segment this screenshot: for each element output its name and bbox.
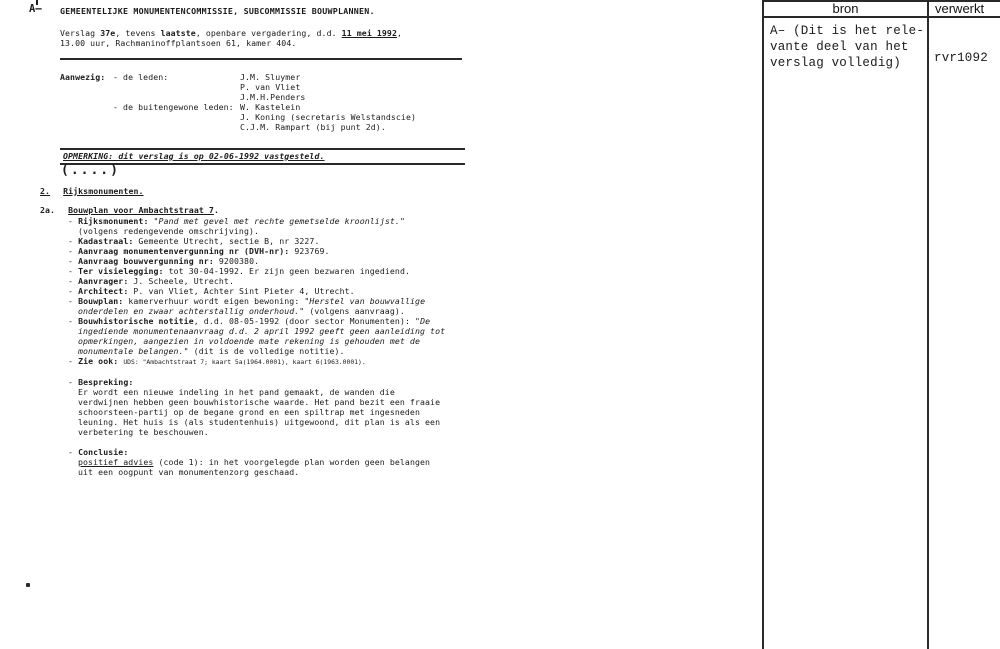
detail-item: - Rijksmonument: "Pand met gevel met rec… [68, 216, 448, 236]
table-border-left [762, 0, 764, 649]
subsection-title: Bouwplan voor Ambachtstraat 7 [68, 205, 214, 215]
meeting-intro: Verslag 37e, tevens laatste, openbare ve… [60, 28, 480, 48]
detail-item: - Bouwplan: kamerverhuur wordt eigen bew… [68, 296, 448, 316]
bron-note-line: A– (Dit is het rele- [770, 23, 924, 39]
text-segment: 923769. [294, 246, 329, 256]
column-header-bron: bron [764, 1, 927, 16]
text-segment: , [397, 28, 402, 38]
attendee-row: - de buitengewone leden:W. Kastelein [60, 102, 520, 112]
attendee-row: J.M.H.Penders [60, 92, 520, 102]
attendee-name: P. van Vliet [240, 82, 300, 92]
text-segment: Gemeente Utrecht, sectie B, nr 3227. [138, 236, 319, 246]
section-title: Rijksmonumenten. [50, 186, 143, 196]
list-dash: - [68, 296, 78, 306]
meeting-intro-line2: 13.00 uur, Rachmaninoffplantsoen 61, kam… [60, 38, 480, 48]
attendee-role: - de buitengewone leden: [113, 102, 234, 112]
detail-item: - Zie ook: UDS: "Ambachtstraat 7; kaart … [68, 356, 448, 367]
list-dash: - [68, 356, 78, 366]
attendee-name: C.J.M. Rampart (bij punt 2d). [240, 122, 386, 132]
remark-box: OPMERKING: dit verslag is op 02-06-1992 … [60, 148, 465, 165]
text-segment: (dit is de volledige notitie). [189, 346, 345, 356]
detail-item: - Aanvraag bouwvergunning nr: 9200380. [68, 256, 448, 266]
discussion-label-line: - Bespreking: [68, 377, 450, 387]
attendees-block: Aanwezig:- de leden:J.M. SluymerP. van V… [60, 72, 520, 132]
text-segment: Aanvraag bouwvergunning nr: [78, 256, 219, 266]
doc-title: GEMEENTELIJKE MONUMENTENCOMMISSIE, SUBCO… [60, 6, 375, 16]
detail-item: - Bouwhistorische notitie, d.d. 08-05-19… [68, 316, 448, 356]
omission-ellipsis: (....) [61, 163, 120, 178]
list-dash: - [68, 276, 78, 286]
conclusion-block: - Conclusie: positief advies (code 1): i… [68, 447, 450, 477]
attendee-role: - de leden: [113, 72, 168, 82]
table-header-underline [762, 16, 1000, 18]
text-segment: Ter visielegging: [78, 266, 169, 276]
column-header-verwerkt: verwerkt [935, 1, 984, 16]
text-segment: Kadastraal: [78, 236, 138, 246]
discussion-label: Bespreking: [78, 377, 133, 387]
detail-item: - Architect: P. van Vliet, Achter Sint P… [68, 286, 448, 296]
attendees-label: Aanwezig: [60, 72, 105, 82]
bron-note-line: verslag volledig) [770, 55, 924, 71]
list-dash: - [68, 316, 78, 326]
list-dash: - [68, 447, 78, 457]
text-segment: "Pand met gevel met rechte gemetselde kr… [154, 216, 405, 226]
list-dash: - [68, 216, 78, 226]
attendee-name: J.M.H.Penders [240, 92, 305, 102]
text-segment: Bouwhistorische notitie [78, 316, 194, 326]
text-segment: Rijksmonument: [78, 216, 153, 226]
discussion-block: - Bespreking: Er wordt een nieuwe indeli… [68, 377, 450, 437]
detail-item: - Ter visielegging: tot 30-04-1992. Er z… [68, 266, 448, 276]
remark-text: OPMERKING: dit verslag is op 02-06-1992 … [63, 151, 325, 161]
text-segment: laatste [161, 28, 196, 38]
list-dash: - [68, 266, 78, 276]
text-segment: (volgens redengevende omschrijving). [78, 226, 259, 236]
conclusion-text: positief advies (code 1): in het voorgel… [78, 457, 450, 477]
bron-cell-note: A– (Dit is het rele-vante deel van hetve… [770, 23, 924, 71]
attendee-row: Aanwezig:- de leden:J.M. Sluymer [60, 72, 520, 82]
list-dash: - [68, 377, 78, 387]
subsection-number: 2a. [40, 205, 55, 215]
subsection-suffix: . [214, 205, 219, 215]
attendee-row: J. Koning (secretaris Welstandscie) [60, 112, 520, 122]
text-segment: P. van Vliet, Achter Sint Pieter 4, Utre… [133, 286, 354, 296]
list-dash: - [68, 236, 78, 246]
attendee-row: C.J.M. Rampart (bij punt 2d). [60, 122, 520, 132]
section-heading: 2.Rijksmonumenten. [40, 186, 144, 196]
text-segment: Verslag [60, 28, 100, 38]
bron-note-line: vante deel van het [770, 39, 924, 55]
horizontal-rule [60, 58, 462, 60]
text-segment: 11 mei 1992 [342, 28, 397, 38]
text-segment: , openbare vergadering, d.d. [196, 28, 342, 38]
text-segment: (volgens aanvraag). [304, 306, 405, 316]
detail-list: - Rijksmonument: "Pand met gevel met rec… [68, 216, 448, 367]
detail-item: - Aanvraag monumentenvergunning nr (DVH-… [68, 246, 448, 256]
conclusion-label-line: - Conclusie: [68, 447, 450, 457]
text-segment: Aanvraag monumentenvergunning nr (DVH-nr… [78, 246, 294, 256]
verwerkt-cell-value: rvr1092 [934, 51, 988, 65]
text-segment: Zie ook: [78, 356, 123, 366]
table-column-divider [927, 0, 929, 649]
attendee-name: J.M. Sluymer [240, 72, 300, 82]
list-dash: - [68, 246, 78, 256]
attendee-name: J. Koning (secretaris Welstandscie) [240, 112, 416, 122]
text-segment: Bouwplan: [78, 296, 128, 306]
text-segment: Aanvrager: [78, 276, 133, 286]
conclusion-label: Conclusie: [78, 447, 128, 457]
text-segment: J. Scheele, Utrecht. [133, 276, 234, 286]
subsection-heading: 2a.Bouwplan voor Ambachtstraat 7. [40, 205, 219, 215]
scan-artifact-dot [26, 583, 30, 587]
meeting-intro-line1: Verslag 37e, tevens laatste, openbare ve… [60, 28, 480, 38]
detail-item: - Aanvrager: J. Scheele, Utrecht. [68, 276, 448, 286]
list-dash: - [68, 286, 78, 296]
discussion-text: Er wordt een nieuwe indeling in het pand… [78, 387, 450, 437]
text-segment: 37e [100, 28, 115, 38]
scan-artifact-tick [36, 0, 38, 5]
text-segment: kamerverhuur wordt eigen bewoning: [128, 296, 304, 306]
list-dash: - [68, 256, 78, 266]
text-segment: tot 30-04-1992. Er zijn geen bezwaren in… [169, 266, 410, 276]
text-segment: , tevens [115, 28, 160, 38]
detail-item: - Kadastraal: Gemeente Utrecht, sectie B… [68, 236, 448, 246]
text-segment: Architect: [78, 286, 133, 296]
text-segment: UDS: "Ambachtstraat 7; kaart 5a(1964.000… [123, 358, 365, 366]
attendee-name: W. Kastelein [240, 102, 300, 112]
attendee-row: P. van Vliet [60, 82, 520, 92]
text-segment: positief advies [78, 457, 153, 467]
text-segment: , d.d. 08-05-1992 (door sector Monumente… [194, 316, 415, 326]
text-segment: 9200380. [219, 256, 259, 266]
section-number: 2. [40, 186, 50, 196]
